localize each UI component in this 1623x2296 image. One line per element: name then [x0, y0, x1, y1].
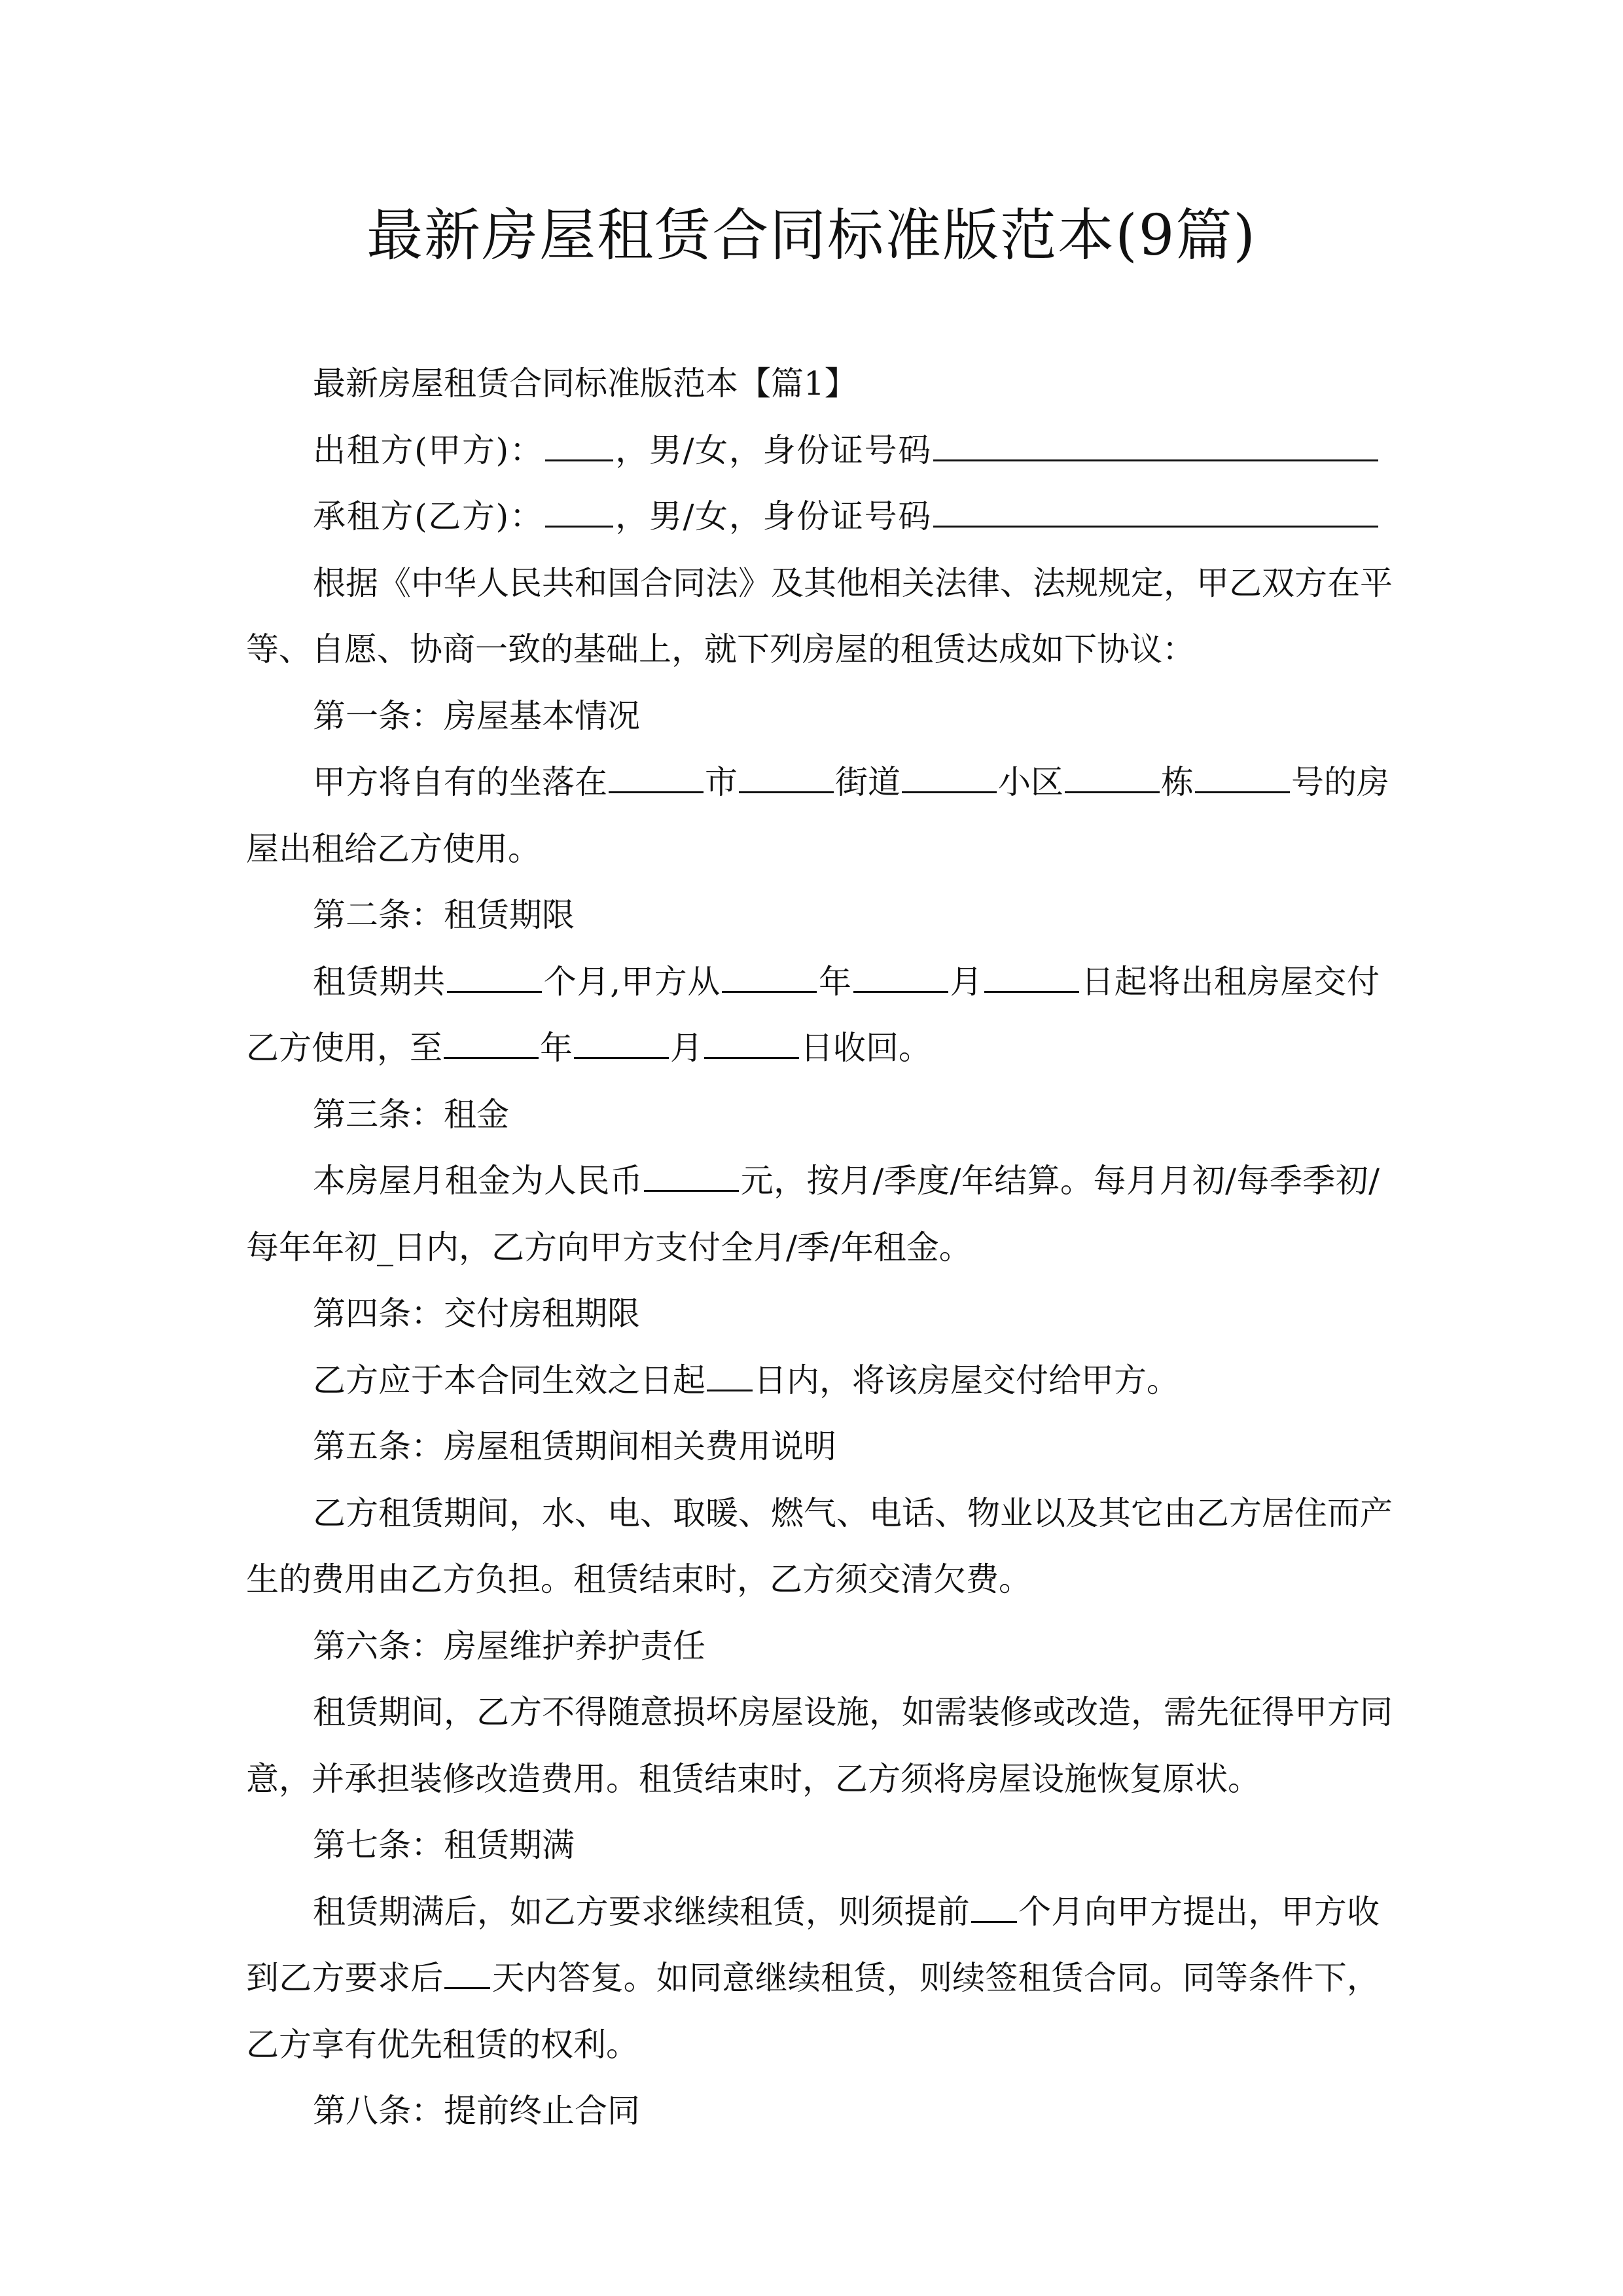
number-blank [1195, 764, 1290, 793]
article-4-line-1: 乙方应于本合同生效之日起日内，将该房屋交付给甲方。 [246, 1348, 1380, 1414]
article-1-line-2: 屋出租给乙方使用。 [246, 816, 1380, 883]
start-year-blank [722, 963, 817, 993]
months-label: 个月,甲方从 [543, 963, 721, 1001]
end-day-blank [704, 1030, 799, 1059]
article-7-text-3: 到乙方要求后 [246, 1959, 443, 1997]
article-5-line-1: 乙方租赁期间，水、电、取暖、燃气、电话、物业以及其它由乙方居住而产 [246, 1480, 1380, 1547]
street-blank [739, 764, 834, 793]
preamble-line-1: 根据《中华人民共和国合同法》及其他相关法律、法规规定，甲乙双方在平 [246, 550, 1380, 617]
start-year-label: 年 [818, 963, 852, 1001]
article-1-heading: 第一条：房屋基本情况 [246, 683, 1380, 750]
lessee-gender-id-label: ，男/女，身份证号码 [615, 497, 932, 535]
article-3-heading: 第三条：租金 [246, 1082, 1380, 1149]
preamble-line-2: 等、自愿、协商一致的基础上，就下列房屋的租赁达成如下协议： [246, 617, 1380, 683]
start-day-blank [984, 963, 1079, 993]
lessor-id-blank [933, 432, 1378, 461]
article-1-text: 甲方将自有的坐落在 [313, 763, 607, 801]
article-7-text-2: 个月向甲方提出，甲方收 [1018, 1893, 1380, 1931]
notice-months-blank [971, 1893, 1017, 1923]
number-label: 号的房 [1291, 763, 1389, 801]
document-page: 最新房屋租赁合同标准版范本(9篇) 最新房屋租赁合同标准版范本【篇1】 出租方(… [0, 0, 1623, 2296]
article-3-line-1: 本房屋月租金为人民币元，按月/季度/年结算。每月月初/每季季初/ [246, 1148, 1380, 1215]
article-6-line-2: 意，并承担装修改造费用。租赁结束时，乙方须将房屋设施恢复原状。 [246, 1746, 1380, 1813]
community-blank [902, 764, 997, 793]
document-body: 最新房屋租赁合同标准版范本【篇1】 出租方(甲方)：，男/女，身份证号码 承租方… [246, 351, 1380, 2145]
section-heading: 最新房屋租赁合同标准版范本【篇1】 [246, 351, 1380, 418]
start-day-label: 日起将出租房屋交付 [1080, 963, 1380, 1001]
end-month-label: 月 [670, 1029, 703, 1067]
article-6-heading: 第六条：房屋维护养护责任 [246, 1613, 1380, 1680]
lessee-name-blank [545, 498, 613, 528]
street-label: 街道 [835, 763, 901, 801]
lessor-label: 出租方(甲方)： [313, 431, 544, 469]
lessee-id-blank [933, 498, 1378, 528]
article-7-line-2: 到乙方要求后天内答复。如同意继续租赁，则续签租赁合同。同等条件下， [246, 1945, 1380, 2012]
city-blank [609, 764, 704, 793]
lessee-label: 承租方(乙方)： [313, 497, 544, 535]
article-3-text: 本房屋月租金为人民币 [313, 1162, 643, 1200]
lessor-line: 出租方(甲方)：，男/女，身份证号码 [246, 418, 1380, 484]
article-2-text-2: 乙方使用，至 [246, 1029, 442, 1067]
end-day-label: 日收回。 [800, 1029, 931, 1067]
building-label: 栋 [1161, 763, 1194, 801]
community-label: 小区 [998, 763, 1063, 801]
article-2-line-1: 租赁期共个月,甲方从年月日起将出租房屋交付 [246, 949, 1380, 1016]
article-7-line-1: 租赁期满后，如乙方要求继续租赁，则须提前个月向甲方提出，甲方收 [246, 1879, 1380, 1946]
article-5-line-2: 生的费用由乙方负担。租赁结束时，乙方须交清欠费。 [246, 1547, 1380, 1613]
end-month-blank [574, 1030, 669, 1059]
start-month-blank [853, 963, 948, 993]
article-7-heading: 第七条：租赁期满 [246, 1812, 1380, 1879]
article-4-text-2: 日内，将该房屋交付给甲方。 [754, 1361, 1179, 1399]
article-4-text: 乙方应于本合同生效之日起 [313, 1361, 705, 1399]
article-4-heading: 第四条：交付房租期限 [246, 1281, 1380, 1348]
article-7-line-3: 乙方享有优先租赁的权利。 [246, 2012, 1380, 2079]
article-6-line-1: 租赁期间，乙方不得随意损坏房屋设施，如需装修或改造，需先征得甲方同 [246, 1679, 1380, 1746]
building-blank [1065, 764, 1160, 793]
lessor-gender-id-label: ，男/女，身份证号码 [615, 431, 932, 469]
delivery-days-blank [707, 1362, 753, 1391]
start-month-label: 月 [950, 963, 984, 1001]
rent-amount-blank [644, 1162, 739, 1192]
months-blank [447, 963, 542, 993]
article-8-heading: 第八条：提前终止合同 [246, 2078, 1380, 2145]
article-7-text-4: 天内答复。如同意继续租赁，则续签租赁合同。同等条件下， [491, 1959, 1380, 1997]
reply-days-blank [444, 1960, 490, 1989]
article-2-text: 租赁期共 [313, 963, 446, 1001]
article-2-line-2: 乙方使用，至年月日收回。 [246, 1015, 1380, 1082]
article-1-line-1: 甲方将自有的坐落在市街道小区栋号的房 [246, 749, 1380, 816]
lessee-line: 承租方(乙方)：，男/女，身份证号码 [246, 484, 1380, 550]
city-label: 市 [705, 763, 738, 801]
lessor-name-blank [545, 432, 613, 461]
end-year-blank [444, 1030, 539, 1059]
article-2-heading: 第二条：租赁期限 [246, 882, 1380, 949]
article-5-heading: 第五条：房屋租赁期间相关费用说明 [246, 1414, 1380, 1480]
article-3-text-2: 元，按月/季度/年结算。每月月初/每季季初/ [740, 1162, 1380, 1200]
article-7-text: 租赁期满后，如乙方要求继续租赁，则须提前 [313, 1893, 970, 1931]
end-year-label: 年 [540, 1029, 573, 1067]
article-3-line-2: 每年年初_日内，乙方向甲方支付全月/季/年租金。 [246, 1215, 1380, 1282]
document-title: 最新房屋租赁合同标准版范本(9篇) [0, 196, 1623, 275]
